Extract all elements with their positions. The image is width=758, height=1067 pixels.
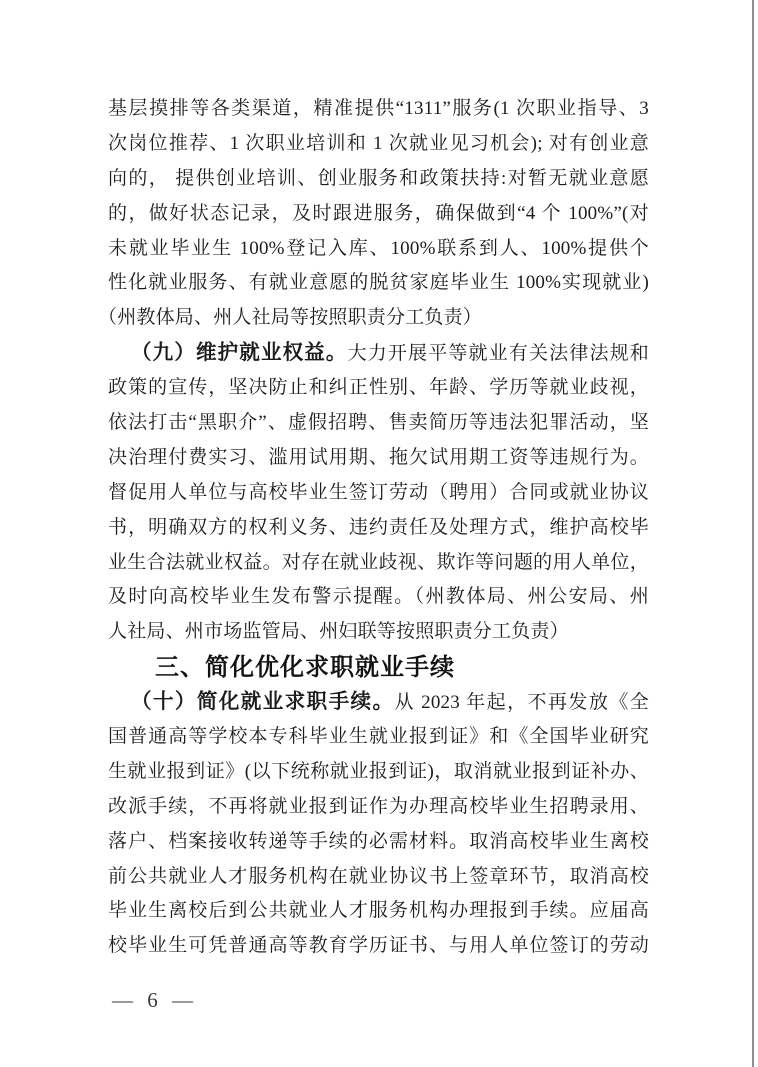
text-segment: 业生合法就业权益。对存在就业歧视、欺诈等问题的用人单位， xyxy=(108,552,649,573)
text-segment: 改派手续，不再将就业报到证作为办理高校毕业生招聘录用、 xyxy=(108,796,649,817)
text-segment: 生就业报到证》(以下统称就业报到证)，取消就业报到证补办、 xyxy=(108,761,649,782)
text-segment: 毕业生离校后到公共就业人才服务机构办理报到手续。应届高 xyxy=(108,900,649,921)
text-line: 决治理付费实习、滥用试用期、拖欠试用期工资等违规行为。 xyxy=(108,441,649,476)
text-segment: 督促用人单位与高校毕业生签订劳动（聘用）合同或就业协议 xyxy=(108,482,649,503)
document-page: 基层摸排等各类渠道，精准提供“1311”服务(1 次职业指导、3次岗位推荐、1 … xyxy=(0,0,758,1067)
page-number: — 6 — xyxy=(112,986,194,1014)
text-segment: （州教体局、州人社局等按照职责分工负责） xyxy=(108,307,482,328)
text-line: 未就业毕业生 100%登记入库、100%联系到人、100%提供个 xyxy=(108,232,649,267)
text-line: 书，明确双方的权利义务、违约责任及处理方式，维护高校毕 xyxy=(108,511,649,546)
text-line: 及时向高校毕业生发布警示提醒。（州教体局、州公安局、州 xyxy=(108,580,649,615)
text-line: 依法打击“黑职介”、虚假招聘、售卖简历等违法犯罪活动，坚 xyxy=(108,406,649,441)
text-line: 业生合法就业权益。对存在就业歧视、欺诈等问题的用人单位， xyxy=(108,546,649,581)
text-line: 政策的宣传，坚决防止和纠正性别、年龄、学历等就业歧视， xyxy=(108,371,649,406)
text-segment: 的，做好状态记录，及时跟进服务，确保做到“4 个 100%”(对 xyxy=(108,203,649,224)
text-segment: 从 2023 年起，不再发放《全 xyxy=(394,692,649,713)
text-segment: 次岗位推荐、1 次职业培训和 1 次就业见习机会); 对有创业意 xyxy=(108,133,649,154)
paragraph-lead: （九）维护就业权益。 xyxy=(131,342,348,364)
text-line: 改派手续，不再将就业报到证作为办理高校毕业生招聘录用、 xyxy=(108,790,649,825)
text-line: 国普通高等学校本专科毕业生就业报到证》和《全国毕业研究 xyxy=(108,720,649,755)
text-segment: 人社局、州市场监管局、州妇联等按照职责分工负责） xyxy=(108,621,569,642)
text-segment: 政策的宣传，坚决防止和纠正性别、年龄、学历等就业歧视， xyxy=(108,377,649,398)
text-line: 的，做好状态记录，及时跟进服务，确保做到“4 个 100%”(对 xyxy=(108,197,649,232)
text-line: 次岗位推荐、1 次职业培训和 1 次就业见习机会); 对有创业意 xyxy=(108,127,649,162)
scan-edge-line xyxy=(752,0,754,1067)
text-line: 生就业报到证》(以下统称就业报到证)，取消就业报到证补办、 xyxy=(108,755,649,790)
text-line: （州教体局、州人社局等按照职责分工负责） xyxy=(108,301,649,336)
text-line: 督促用人单位与高校毕业生签订劳动（聘用）合同或就业协议 xyxy=(108,476,649,511)
text-line: 向的， 提供创业培训、创业服务和政策扶持:对暂无就业意愿 xyxy=(108,162,649,197)
text-line: 校毕业生可凭普通高等教育学历证书、与用人单位签订的劳动 xyxy=(108,929,649,964)
text-segment: 及时向高校毕业生发布警示提醒。（州教体局、州公安局、州 xyxy=(108,586,649,607)
text-segment: 向的， 提供创业培训、创业服务和政策扶持:对暂无就业意愿 xyxy=(108,168,649,189)
text-line: （十）简化就业求职手续。从 2023 年起，不再发放《全 xyxy=(108,685,649,720)
text-line: 落户、档案接收转递等手续的必需材料。取消高校毕业生离校 xyxy=(108,825,649,860)
text-line: 基层摸排等各类渠道，精准提供“1311”服务(1 次职业指导、3 xyxy=(108,92,649,127)
text-segment: 基层摸排等各类渠道，精准提供“1311”服务(1 次职业指导、3 xyxy=(108,98,649,119)
text-line: 毕业生离校后到公共就业人才服务机构办理报到手续。应届高 xyxy=(108,894,649,929)
paragraph-lead: （十）简化就业求职手续。 xyxy=(131,691,394,713)
text-segment: 决治理付费实习、滥用试用期、拖欠试用期工资等违规行为。 xyxy=(108,447,649,468)
section-heading: 三、简化优化求职就业手续 xyxy=(108,650,649,685)
text-segment: 未就业毕业生 100%登记入库、100%联系到人、100%提供个 xyxy=(108,238,649,259)
text-segment: 大力开展平等就业有关法律法规和 xyxy=(348,343,649,364)
text-segment: 前公共就业人才服务机构在就业协议书上签章环节，取消高校 xyxy=(108,866,649,887)
text-segment: 依法打击“黑职介”、虚假招聘、售卖简历等违法犯罪活动，坚 xyxy=(108,412,649,433)
text-line: 性化就业服务、有就业意愿的脱贫家庭毕业生 100%实现就业) xyxy=(108,266,649,301)
text-segment: 国普通高等学校本专科毕业生就业报到证》和《全国毕业研究 xyxy=(108,726,649,747)
text-line: 前公共就业人才服务机构在就业协议书上签章环节，取消高校 xyxy=(108,860,649,895)
text-segment: 性化就业服务、有就业意愿的脱贫家庭毕业生 100%实现就业) xyxy=(108,272,649,293)
text-line: 人社局、州市场监管局、州妇联等按照职责分工负责） xyxy=(108,615,649,650)
text-segment: 三、简化优化求职就业手续 xyxy=(155,653,455,681)
text-segment: 书，明确双方的权利义务、违约责任及处理方式，维护高校毕 xyxy=(108,517,649,538)
text-segment: 落户、档案接收转递等手续的必需材料。取消高校毕业生离校 xyxy=(108,831,649,852)
text-segment: 校毕业生可凭普通高等教育学历证书、与用人单位签订的劳动 xyxy=(108,935,649,956)
text-line: （九）维护就业权益。大力开展平等就业有关法律法规和 xyxy=(108,336,649,371)
document-body: 基层摸排等各类渠道，精准提供“1311”服务(1 次职业指导、3次岗位推荐、1 … xyxy=(108,92,649,964)
